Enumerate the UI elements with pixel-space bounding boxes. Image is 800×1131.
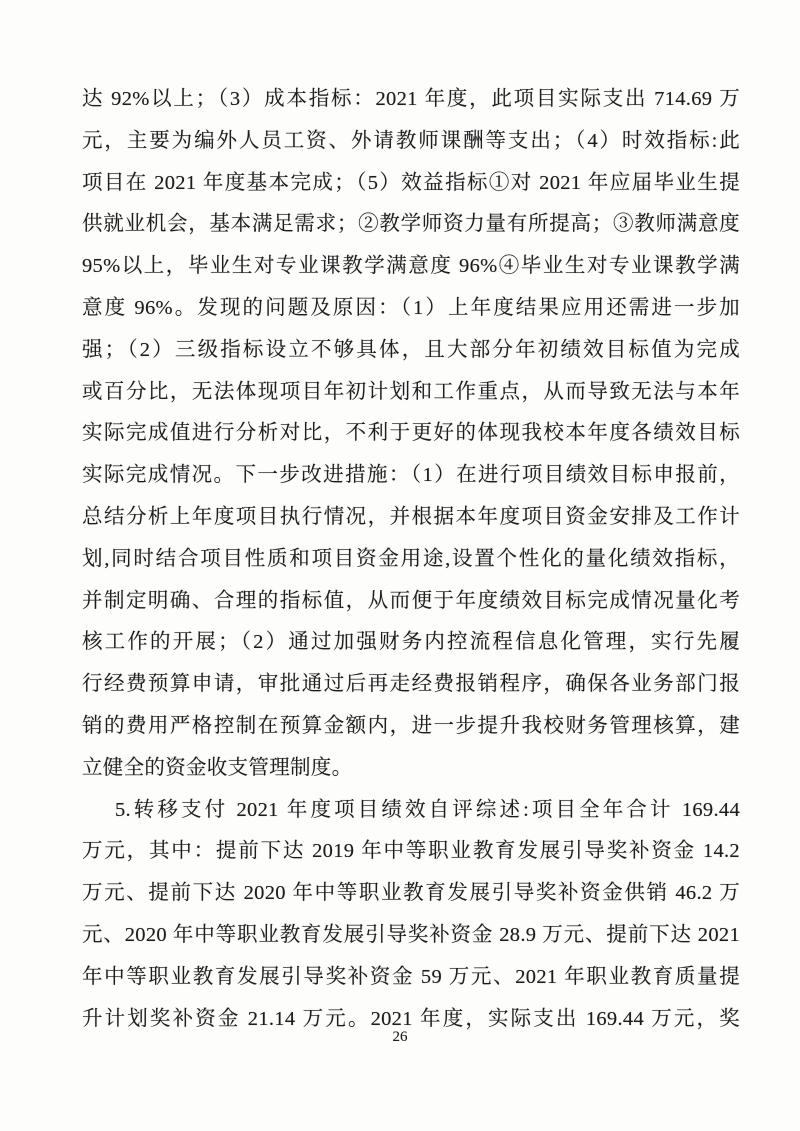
text-line: 项目在 2021 年度基本完成；（5）效益指标①对 2021 年应届毕业生提 (82, 163, 740, 205)
text-line: 意度 96%。发现的问题及原因：（1）上年度结果应用还需进一步加 (82, 288, 740, 330)
document-body-text: 达 92%以上；（3）成本指标：2021 年度，此项目实际支出 714.69 万… (82, 79, 740, 1040)
text-line: 立健全的资金收支管理制度。 (82, 748, 740, 790)
text-line: 达 92%以上；（3）成本指标：2021 年度，此项目实际支出 714.69 万 (82, 79, 740, 121)
text-line: 销的费用严格控制在预算金额内，进一步提升我校财务管理核算，建 (82, 706, 740, 748)
text-line: 万元、提前下达 2020 年中等职业教育发展引导奖补资金供销 46.2 万 (82, 873, 740, 915)
text-line: 供就业机会，基本满足需求；②教学师资力量有所提高；③教师满意度 (82, 204, 740, 246)
text-line: 年中等职业教育发展引导奖补资金 59 万元、2021 年职业教育质量提 (82, 957, 740, 999)
text-line: 元，主要为编外人员工资、外请教师课酬等支出；（4）时效指标:此 (82, 121, 740, 163)
text-line: 95%以上，毕业生对专业课教学满意度 96%④毕业生对专业课教学满 (82, 246, 740, 288)
text-line: 并制定明确、合理的指标值，从而便于年度绩效目标完成情况量化考 (82, 581, 740, 623)
text-line: 行经费预算申请，审批通过后再走经费报销程序，确保各业务部门报 (82, 664, 740, 706)
text-line: 总结分析上年度项目执行情况，并根据本年度项目资金安排及工作计 (82, 497, 740, 539)
text-line: 实际完成值进行分析对比，不利于更好的体现我校本年度各绩效目标 (82, 413, 740, 455)
text-line: 万元，其中：提前下达 2019 年中等职业教育发展引导奖补资金 14.2 (82, 831, 740, 873)
text-line: 实际完成情况。下一步改进措施：（1）在进行项目绩效目标申报前， (82, 455, 740, 497)
text-line: 划,同时结合项目性质和项目资金用途,设置个性化的量化绩效指标， (82, 539, 740, 581)
text-line: 核工作的开展；（2）通过加强财务内控流程信息化管理，实行先履 (82, 622, 740, 664)
text-line-paragraph-start: 5.转移支付 2021 年度项目绩效自评综述:项目全年合计 169.44 (82, 790, 740, 832)
text-line: 元、2020 年中等职业教育发展引导奖补资金 28.9 万元、提前下达 2021 (82, 915, 740, 957)
text-line: 强；（2）三级指标设立不够具体，且大部分年初绩效目标值为完成 (82, 330, 740, 372)
document-page: 达 92%以上；（3）成本指标：2021 年度，此项目实际支出 714.69 万… (0, 0, 800, 1131)
page-number: 26 (0, 1029, 800, 1046)
text-line: 或百分比，无法体现项目年初计划和工作重点，从而导致无法与本年 (82, 372, 740, 414)
